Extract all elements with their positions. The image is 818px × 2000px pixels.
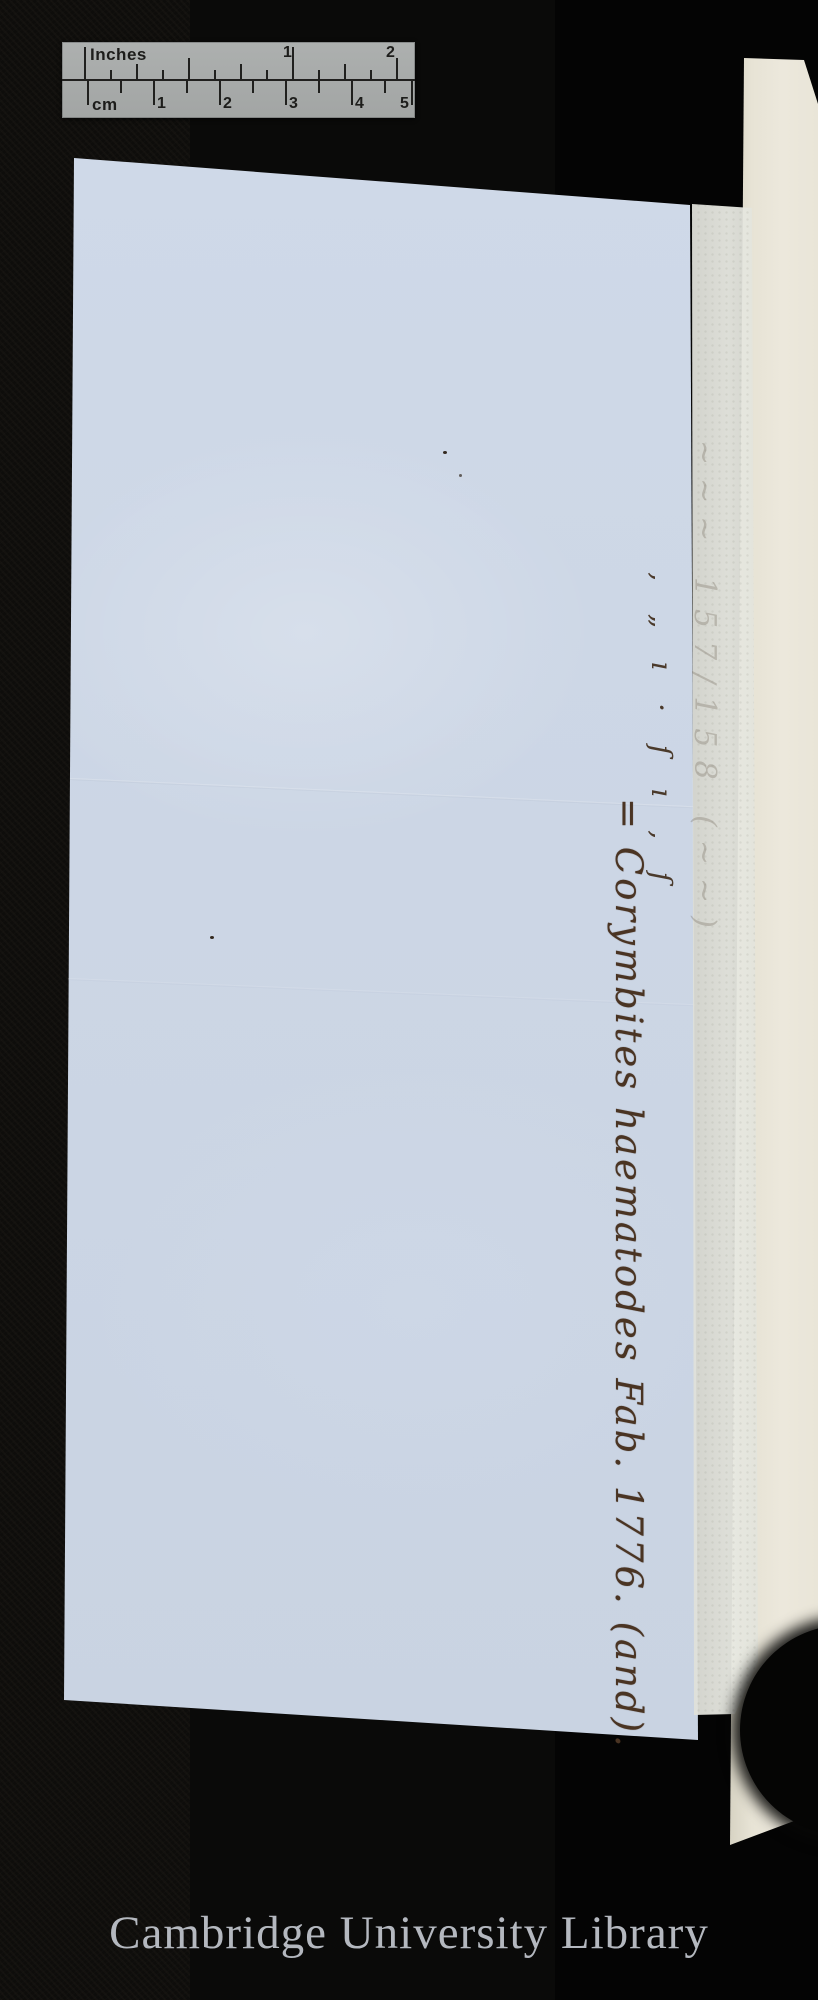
ruler-tick bbox=[370, 70, 372, 79]
ruler-tick bbox=[240, 64, 242, 79]
ruler-number: 1 bbox=[157, 95, 166, 113]
ruler-number: 5 bbox=[400, 95, 409, 113]
ruler-tick bbox=[396, 58, 398, 79]
ruler-number: 2 bbox=[223, 95, 232, 113]
ruler-tick bbox=[188, 58, 190, 79]
measurement-ruler: Inches cm 12 12345 bbox=[62, 42, 415, 118]
paper-speck bbox=[443, 451, 447, 454]
paper-speck bbox=[459, 474, 462, 477]
ruler-cm-label: cm bbox=[92, 95, 118, 115]
ruler-number: 4 bbox=[355, 95, 364, 113]
ruler-tick bbox=[214, 70, 216, 79]
library-credit: Cambridge University Library bbox=[0, 1906, 818, 1960]
ruler-tick bbox=[318, 81, 320, 93]
ruler-inches-label: Inches bbox=[90, 45, 147, 65]
ruler-tick bbox=[153, 81, 155, 105]
ruler-tick bbox=[162, 70, 164, 79]
ruler-tick bbox=[87, 81, 89, 105]
ruler-tick bbox=[252, 81, 254, 93]
ruler-tick bbox=[186, 81, 188, 93]
photographed-document-scan: Inches cm 12 12345 = Corymbites haematod… bbox=[0, 0, 818, 2000]
ruler-tick bbox=[292, 47, 294, 79]
ruler-number: 3 bbox=[289, 95, 298, 113]
ruler-tick bbox=[120, 81, 122, 93]
paper-speck bbox=[210, 936, 214, 939]
faint-pencil-annotation: ~~~ 157/158 (~~) bbox=[682, 440, 722, 941]
ruler-tick bbox=[384, 81, 386, 93]
ruler-tick bbox=[285, 81, 287, 105]
handwritten-ink-annotation: = Corymbites haematodes Fab. 1776. (and)… bbox=[580, 798, 650, 1750]
ruler-tick bbox=[344, 64, 346, 79]
ruler-tick bbox=[266, 70, 268, 79]
ruler-midline bbox=[62, 79, 415, 81]
ruler-tick bbox=[219, 81, 221, 105]
tissue-guard-strip bbox=[688, 202, 760, 1717]
ruler-tick bbox=[110, 70, 112, 79]
ruler-number: 2 bbox=[386, 44, 395, 62]
ruler-tick bbox=[411, 81, 413, 105]
clipped-ink-marks: ‚ „ ı · ſ ı ‚ ſ bbox=[648, 572, 678, 894]
ruler-number: 1 bbox=[283, 44, 292, 62]
ruler-tick bbox=[136, 64, 138, 79]
ruler-tick bbox=[84, 47, 86, 79]
ruler-tick bbox=[318, 70, 320, 79]
ruler-tick bbox=[351, 81, 353, 105]
